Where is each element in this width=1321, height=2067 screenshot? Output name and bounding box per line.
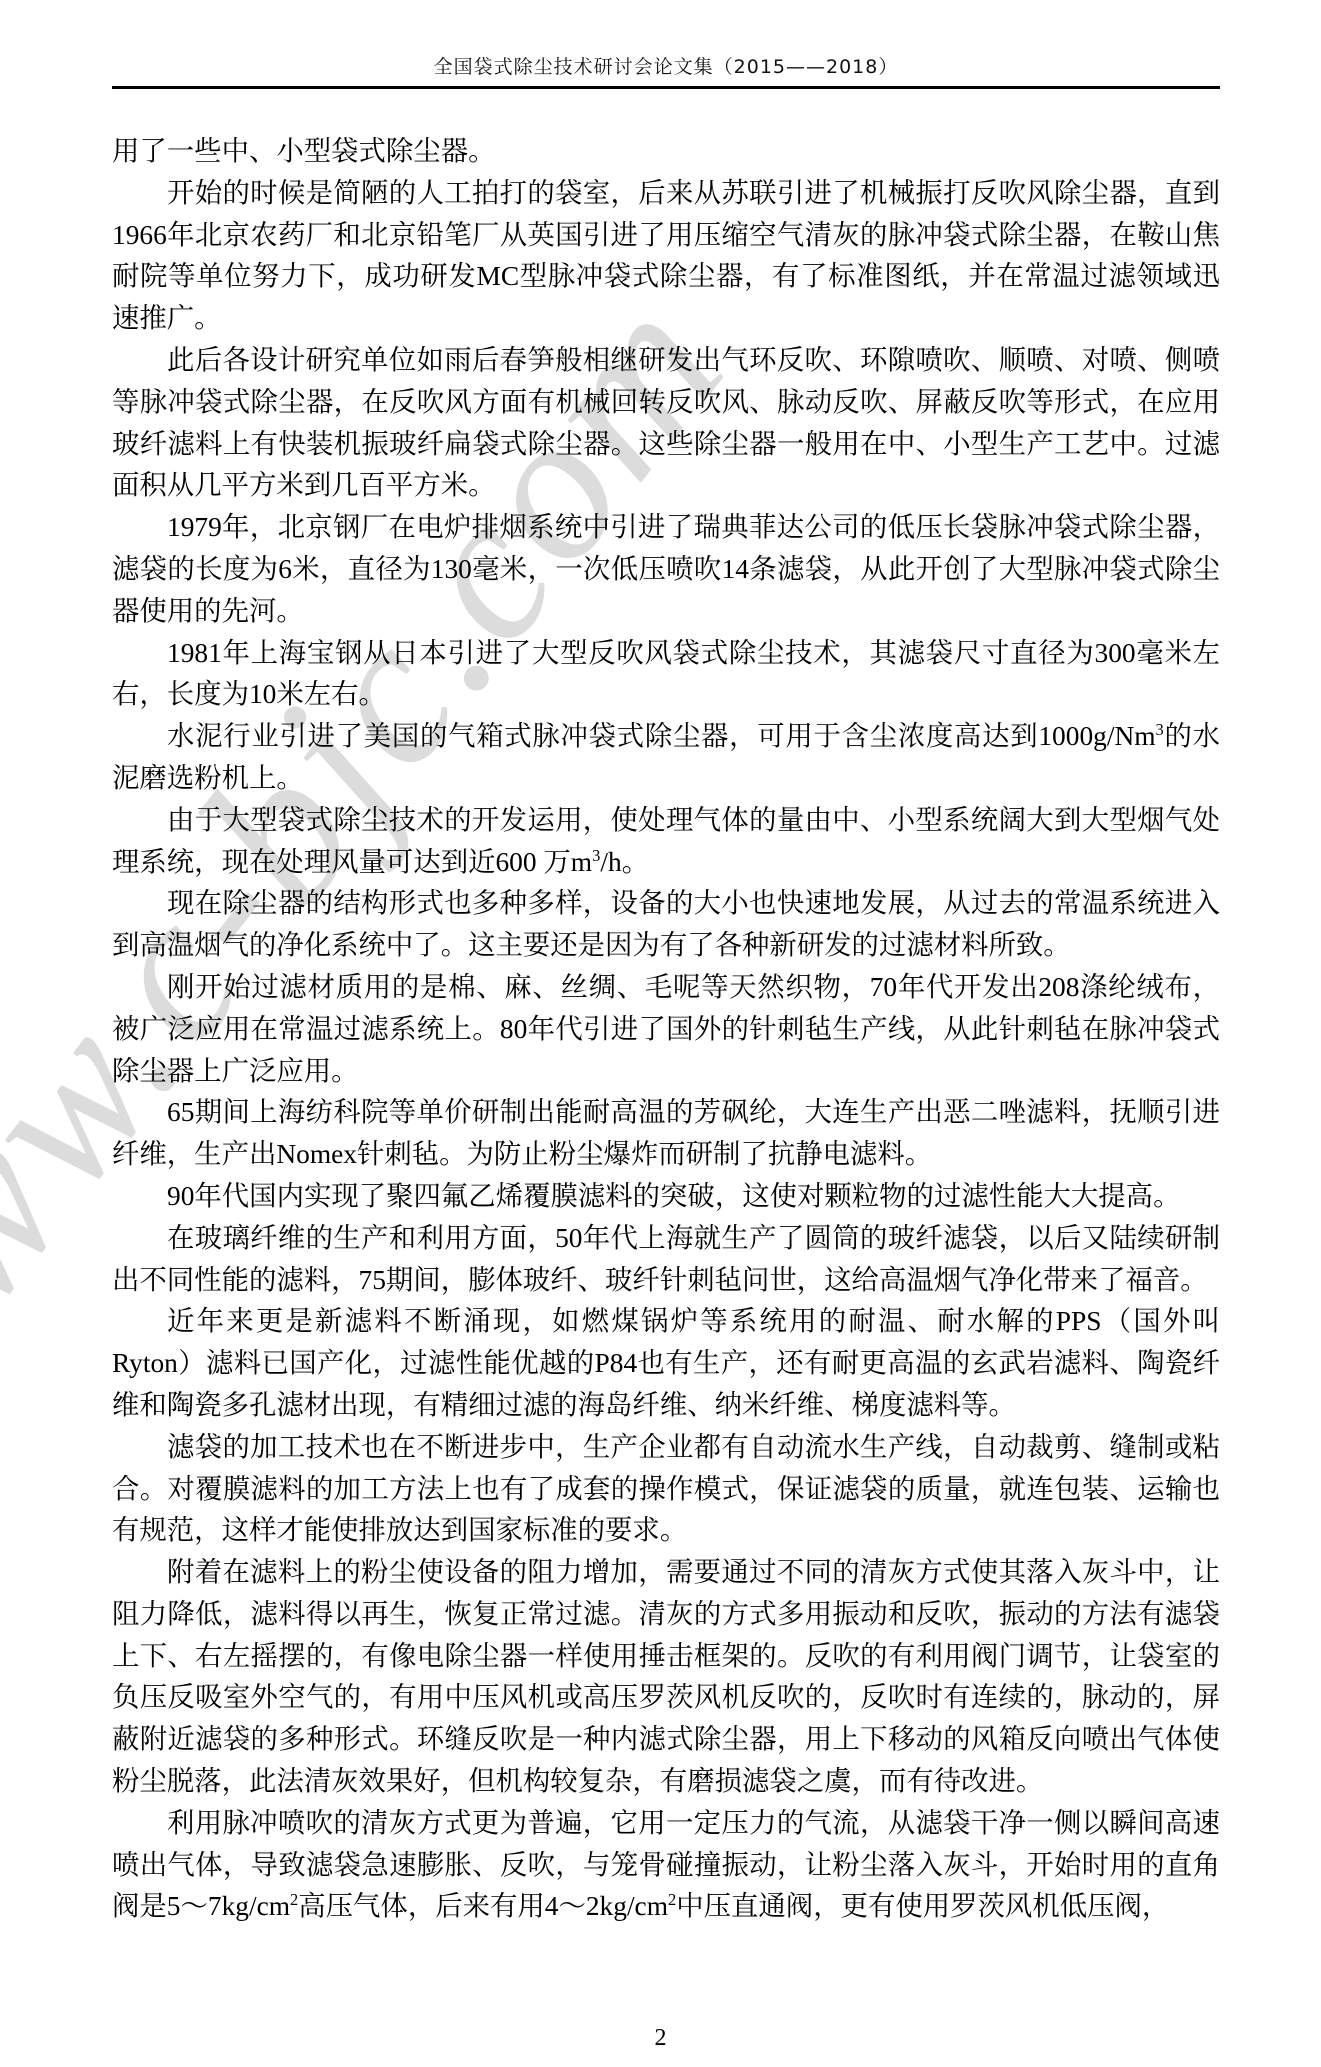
paragraph: 开始的时候是简陋的人工拍打的袋室，后来从苏联引进了机械振打反吹风除尘器，直到19… [112,173,1220,340]
running-header: 全国袋式除尘技术研讨会论文集（2015——2018） [112,52,1220,82]
body-text: 用了一些中、小型袋式除尘器。 开始的时候是简陋的人工拍打的袋室，后来从苏联引进了… [112,131,1220,1928]
superscript: 2 [668,1890,676,1909]
paragraph: 65期间上海纺科院等单价研制出能耐高温的芳砜纶，大连生产出恶二唑滤料，抚顺引进纤… [112,1092,1220,1176]
paragraph: 在玻璃纤维的生产和利用方面，50年代上海就生产了圆筒的玻纤滤袋，以后又陆续研制出… [112,1218,1220,1302]
header-rule [112,86,1220,89]
paragraph: 1981年上海宝钢从日本引进了大型反吹风袋式除尘技术，其滤袋尺寸直径为300毫米… [112,633,1220,717]
paragraph: 1979年，北京钢厂在电炉排烟系统中引进了瑞典菲达公司的低压长袋脉冲袋式除尘器，… [112,507,1220,632]
paragraph: 刚开始过滤材质用的是棉、麻、丝绸、毛呢等天然织物，70年代开发出208涤纶绒布，… [112,967,1220,1092]
paragraph: 90年代国内实现了聚四氟乙烯覆膜滤料的突破，这使对颗粒物的过滤性能大大提高。 [112,1176,1220,1218]
paragraph: 由于大型袋式除尘技术的开发运用，使处理气体的量由中、小型系统阔大到大型烟气处理系… [112,800,1220,884]
paragraph-text: 水泥行业引进了美国的气箱式脉冲袋式除尘器，可用于含尘浓度高达到1000g/Nm [167,721,1156,751]
page-number: 2 [0,2025,1321,2052]
paragraph-text: 中压直通阀，更有使用罗茨风机低压阀， [676,1891,1169,1921]
paragraph-text: 由于大型袋式除尘技术的开发运用，使处理气体的量由中、小型系统阔大到大型烟气处理系… [112,805,1220,877]
paragraph: 用了一些中、小型袋式除尘器。 [112,131,1220,173]
paragraph: 利用脉冲喷吹的清灰方式更为普遍，它用一定压力的气流，从滤袋干净一侧以瞬间高速喷出… [112,1803,1220,1928]
paragraph: 此后各设计研究单位如雨后春笋般相继研发出气环反吹、环隙喷吹、顺喷、对喷、侧喷等脉… [112,340,1220,507]
paragraph-text: /h。 [600,847,649,877]
paragraph: 附着在滤料上的粉尘使设备的阻力增加，需要通过不同的清灰方式使其落入灰斗中，让阻力… [112,1552,1220,1803]
paragraph: 近年来更是新滤料不断涌现，如燃煤锅炉等系统用的耐温、耐水解的PPS（国外叫Ryt… [112,1301,1220,1426]
paragraph: 滤袋的加工技术也在不断进步中，生产企业都有自动流水生产线，自动裁剪、缝制或粘合。… [112,1427,1220,1552]
paragraph: 水泥行业引进了美国的气箱式脉冲袋式除尘器，可用于含尘浓度高达到1000g/Nm3… [112,716,1220,800]
paragraph: 现在除尘器的结构形式也多种多样，设备的大小也快速地发展，从过去的常温系统进入到高… [112,883,1220,967]
document-page: www.c-bjc.com 全国袋式除尘技术研讨会论文集（2015——2018）… [0,0,1321,2067]
paragraph-text: 高压气体，后来有用4～2kg/cm [298,1891,668,1921]
superscript: 3 [1156,720,1164,739]
